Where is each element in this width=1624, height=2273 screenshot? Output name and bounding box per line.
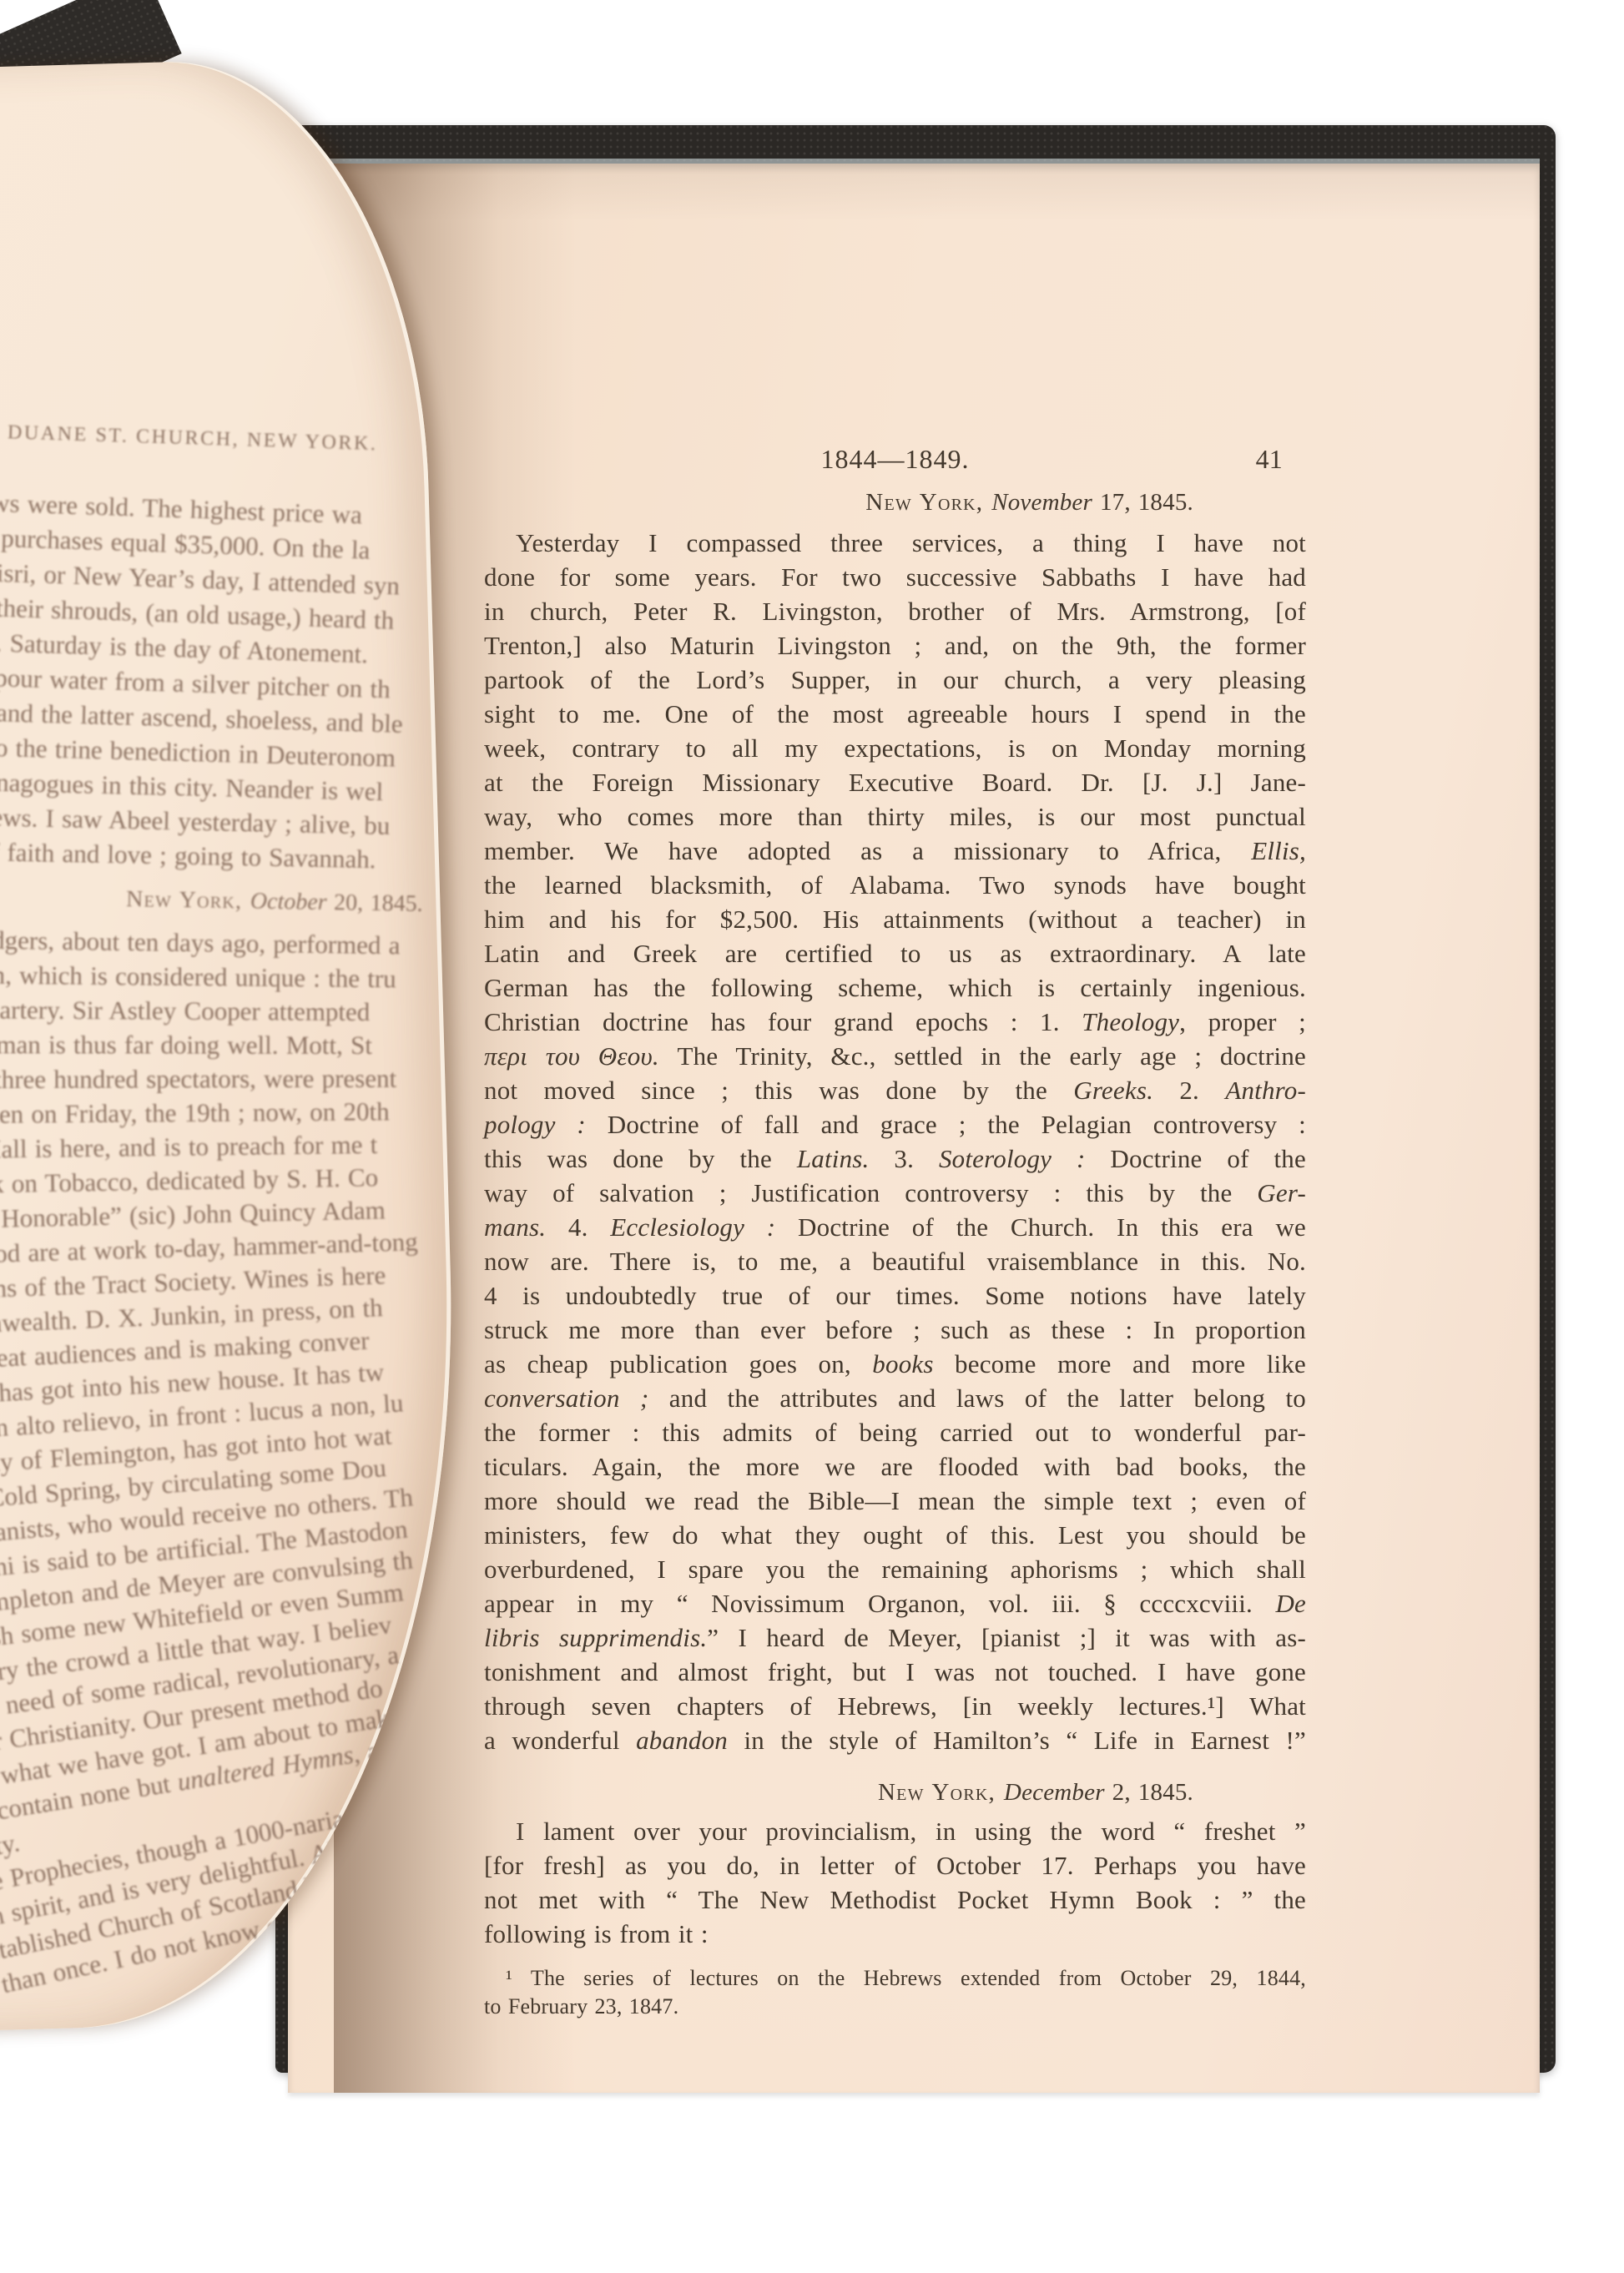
- text-line: this was done by the Latins. 3. Soterolo…: [484, 1142, 1306, 1176]
- letter-entries: New York, November 17, 1845.Yesterday I …: [484, 487, 1306, 1951]
- footnote: ¹ The series of lectures on the Hebrews …: [484, 1964, 1306, 2021]
- left-running-header: OR OF DUANE ST. CHURCH, NEW YORK.: [0, 419, 378, 456]
- text-line: in church, Peter R. Livingston, brother …: [484, 594, 1306, 628]
- text-line: [for fresh] as you do, in letter of Octo…: [484, 1848, 1306, 1882]
- text-line: ticulars. Again, the more we are flooded…: [484, 1449, 1306, 1484]
- left-page: OR OF DUANE ST. CHURCH, NEW YORK. irs pe…: [0, 55, 472, 2031]
- text-line: not moved since ; this was done by the G…: [484, 1073, 1306, 1107]
- left-page-text: irs pews were sold. The highest price wa…: [0, 471, 472, 2031]
- text-line: Christian doctrine has four grand epochs…: [484, 1005, 1306, 1039]
- dateline: New York, December 2, 1845.: [484, 1777, 1306, 1807]
- running-header: 1844—1849. 41: [484, 442, 1306, 479]
- text-line: following is from it :: [484, 1917, 1306, 1951]
- text-line-fragment: ] Rodgers, about ten days ago, performed…: [0, 923, 401, 962]
- text-line: more should we read the Bible—I mean the…: [484, 1484, 1306, 1518]
- text-line: περι του Θεου. The Trinity, &c., settled…: [484, 1039, 1306, 1073]
- text-line: partook of the Lord’s Supper, in our chu…: [484, 663, 1306, 697]
- footnote-line: ¹ The series of lectures on the Hebrews …: [484, 1964, 1306, 1993]
- text-line: as cheap publication goes on, books beco…: [484, 1347, 1306, 1381]
- text-line: mans. 4. Ecclesiology : Doctrine of the …: [484, 1210, 1306, 1244]
- text-line-fragment: urism, which is considered unique : the …: [0, 958, 396, 995]
- text-line: overburdened, I spare you the remaining …: [484, 1552, 1306, 1586]
- text-line: pology : Doctrine of fall and grace ; th…: [484, 1107, 1306, 1142]
- text-line: at the Foreign Missionary Executive Boar…: [484, 765, 1306, 799]
- text-line: I lament over your provincialism, in usi…: [484, 1814, 1306, 1848]
- text-line: through seven chapters of Hebrews, [in w…: [484, 1689, 1306, 1723]
- text-line: Yesterday I compassed three services, a …: [484, 526, 1306, 560]
- text-line: ministers, few do what they ought of thi…: [484, 1518, 1306, 1552]
- text-line: done for some years. For two successive …: [484, 560, 1306, 594]
- text-line: sight to me. One of the most agreeable h…: [484, 697, 1306, 731]
- open-book-photo: 1844—1849. 41 New York, November 17, 184…: [0, 0, 1624, 2273]
- footnote-line: to February 23, 1847.: [484, 1993, 1306, 2021]
- text-line: struck me more than ever before ; such a…: [484, 1313, 1306, 1347]
- text-line: tonishment and almost fright, but I was …: [484, 1655, 1306, 1689]
- text-line: week, contrary to all my expectations, i…: [484, 731, 1306, 765]
- text-line: way, who comes more than thirty miles, i…: [484, 799, 1306, 834]
- text-line: member. We have adopted as a missionary …: [484, 834, 1306, 868]
- text-line: not met with “ The New Methodist Pocket …: [484, 1882, 1306, 1917]
- text-line: Trenton,] also Maturin Livingston ; and,…: [484, 628, 1306, 663]
- text-line: Latin and Greek are certified to us as e…: [484, 936, 1306, 970]
- dateline: New York, October 20, 1845.: [126, 883, 423, 921]
- text-line-fragment: The man is thus far doing well. Mott, St: [0, 1028, 372, 1062]
- text-line: way of salvation ; Justification controv…: [484, 1176, 1306, 1210]
- text-line: now are. There is, to me, a beautiful vr…: [484, 1244, 1306, 1278]
- left-page-text-block: OR OF DUANE ST. CHURCH, NEW YORK. irs pe…: [0, 55, 472, 2031]
- text-line: German has the following scheme, which i…: [484, 970, 1306, 1005]
- text-line: conversation ; and the attributes and la…: [484, 1381, 1306, 1415]
- text-line: him and his for $2,500. His attainments …: [484, 902, 1306, 936]
- text-line-fragment: R. Hall is here, and is to preach for me…: [0, 1128, 378, 1167]
- text-line: appear in my “ Novissimum Organon, vol. …: [484, 1586, 1306, 1620]
- text-line: 4 is undoubtedly true of our times. Some…: [484, 1278, 1306, 1313]
- text-line: a wonderful abandon in the style of Hami…: [484, 1723, 1306, 1757]
- text-line: libris supprimendis.” I heard de Meyer, …: [484, 1620, 1306, 1655]
- text-line: the learned blacksmith, of Alabama. Two …: [484, 868, 1306, 902]
- dateline: New York, November 17, 1845.: [484, 487, 1306, 517]
- text-line-fragment: written on Friday, the 19th ; now, on 20…: [0, 1095, 390, 1131]
- page-number: 41: [1256, 442, 1283, 476]
- running-header-years: 1844—1849.: [821, 442, 970, 476]
- text-line-fragment: vian artery. Sir Astley Cooper attempted: [0, 993, 370, 1029]
- text-line: the former : this admits of being carrie…: [484, 1415, 1306, 1449]
- text-line-fragment: and three hundred spectators, were prese…: [0, 1062, 396, 1096]
- right-page-text-block: 1844—1849. 41 New York, November 17, 184…: [484, 442, 1306, 2021]
